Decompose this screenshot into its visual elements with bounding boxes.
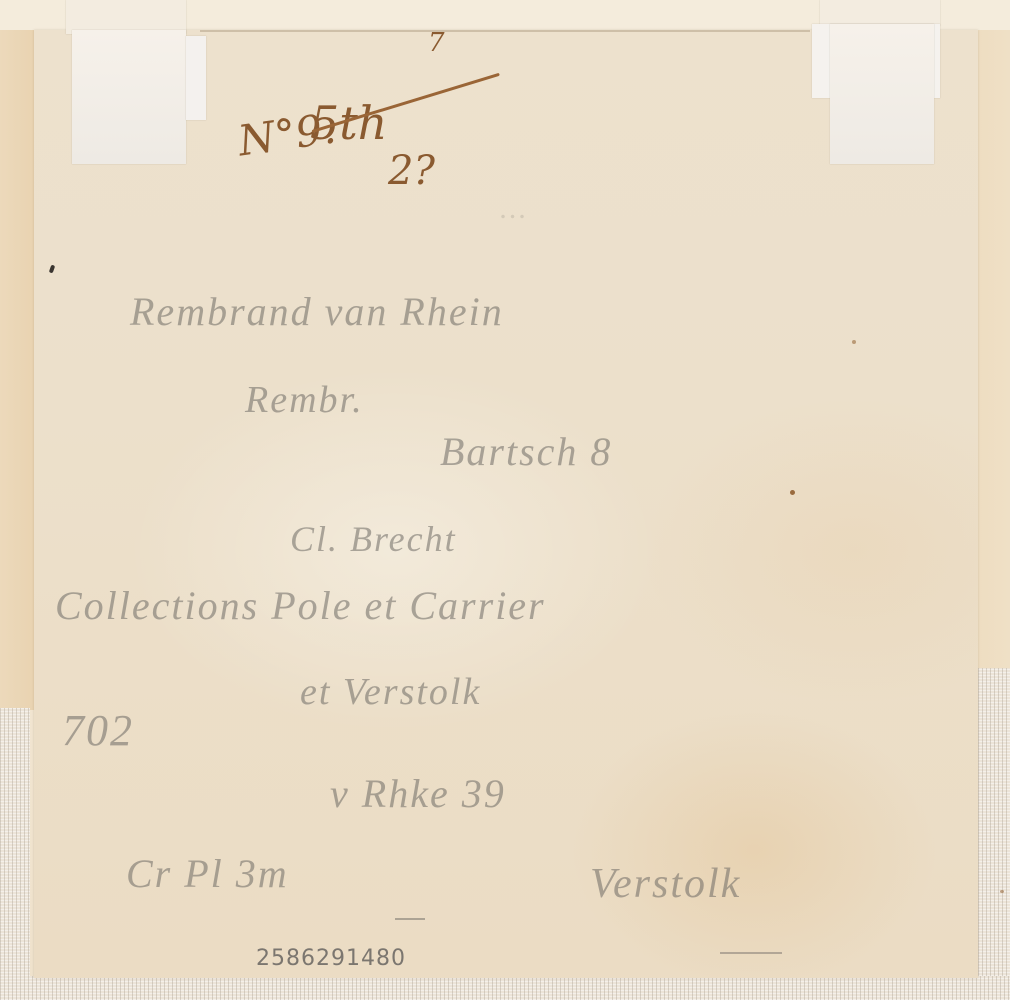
pencil-catalogue-ref: Bartsch 8 xyxy=(440,428,612,475)
hinge-tape-left-strip xyxy=(186,36,206,120)
pencil-line-8b: Verstolk xyxy=(590,860,741,908)
linen-backing-right xyxy=(978,668,1010,1000)
pencil-left-number: 702 xyxy=(62,705,134,756)
pencil-underline-2 xyxy=(720,952,782,954)
hinge-tape-right xyxy=(830,24,934,164)
pencil-line-8a: Cr Pl 3m xyxy=(126,850,289,897)
ink-struck-text: 5th xyxy=(310,96,387,150)
pencil-abbrev: Rembr. xyxy=(245,378,364,422)
foxing-spot xyxy=(790,490,795,495)
hinge-tape-left xyxy=(72,30,186,164)
pencil-line-7: v Rhke 39 xyxy=(330,770,506,817)
sheet-top-edge xyxy=(200,30,810,32)
linen-backing-left xyxy=(0,708,30,1000)
pencil-provenance: Collections Pole et Carrier xyxy=(55,582,546,629)
inventory-number: 2586291480 xyxy=(256,946,406,971)
ink-fraction: 2? xyxy=(388,148,435,194)
hinge-tape-left-top xyxy=(66,0,186,34)
foxing-spot xyxy=(1000,890,1004,893)
pencil-underline xyxy=(395,918,425,920)
pencil-faint-line: ... xyxy=(500,192,529,226)
pencil-line-4: Cl. Brecht xyxy=(290,518,457,560)
mat-shadow-left xyxy=(0,30,34,710)
ink-top-mark: 7 xyxy=(428,28,445,58)
paper-sheet xyxy=(34,30,978,978)
hinge-tape-right-top xyxy=(820,0,940,26)
foxing-spot xyxy=(852,340,856,344)
pencil-provenance-2: et Verstolk xyxy=(300,670,481,714)
linen-backing-bottom xyxy=(0,976,1010,1000)
pencil-artist-name: Rembrand van Rhein xyxy=(130,288,504,335)
